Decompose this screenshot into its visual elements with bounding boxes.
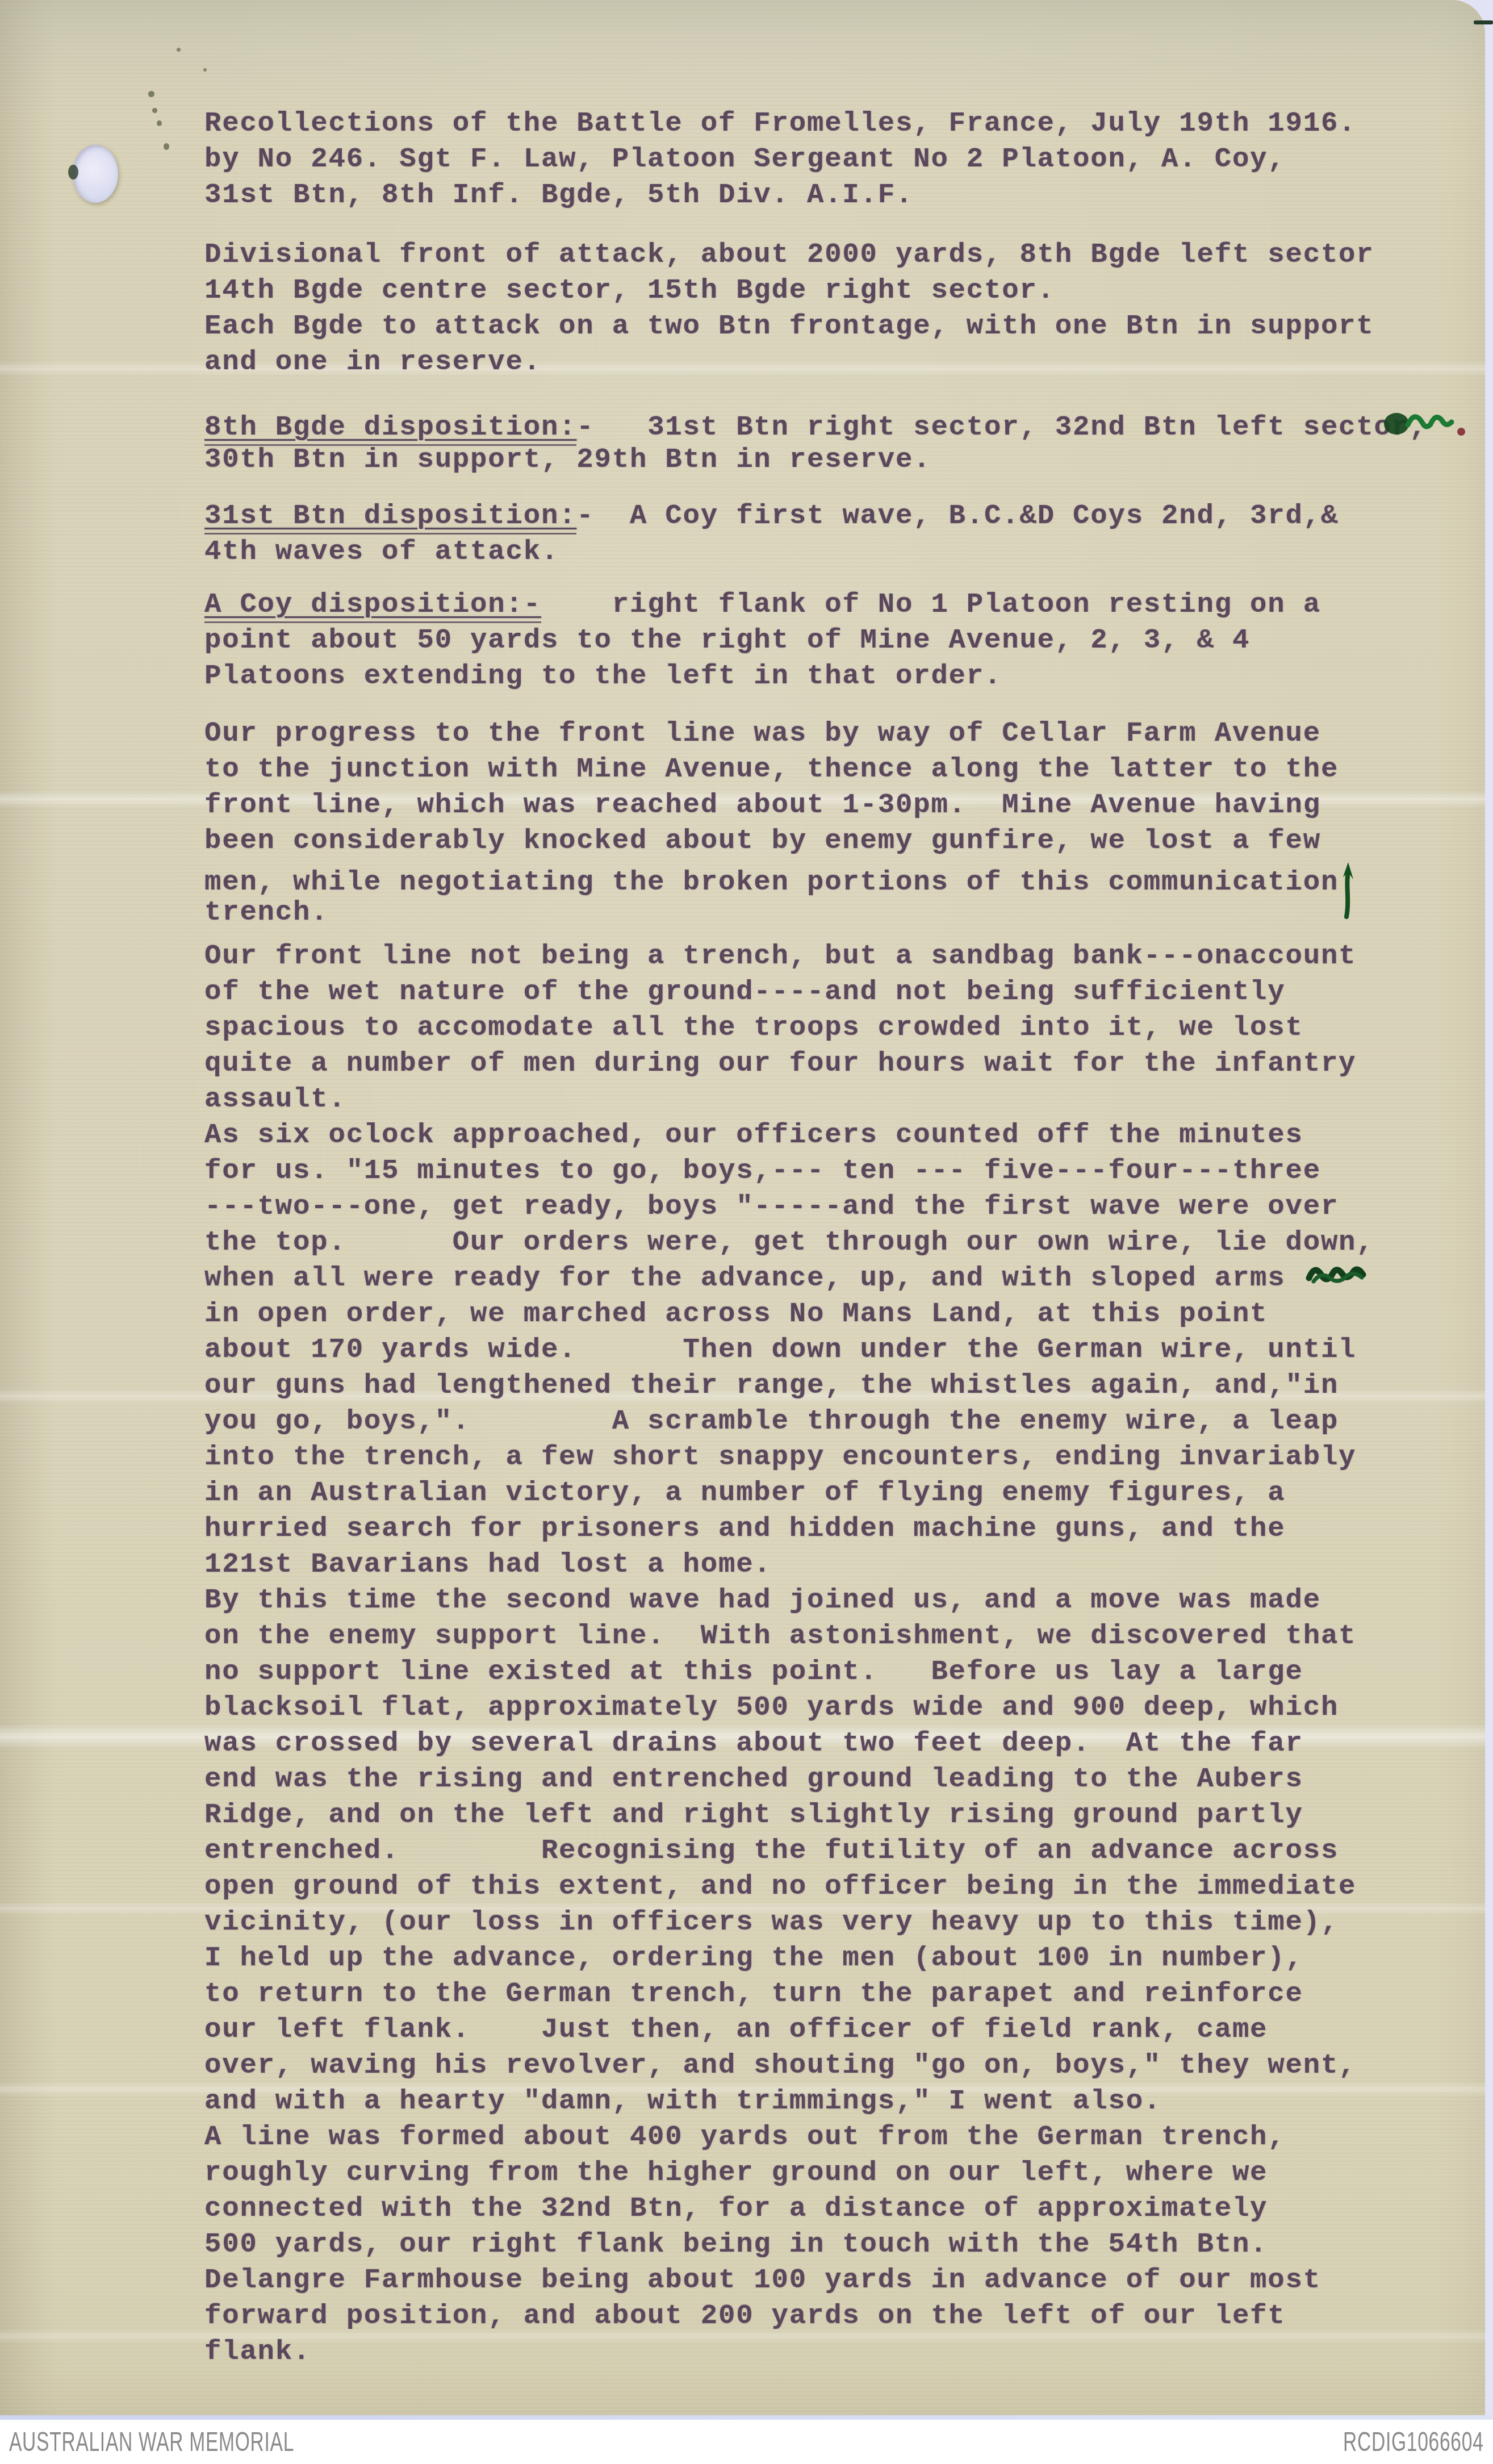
typed-text: point about 50 yards to the right of Min… <box>204 624 1250 656</box>
typed-text: on the enemy support line. With astonish… <box>204 1620 1356 1652</box>
typed-text: - A Coy first wave, B.C.&D Coys 2nd, 3rd… <box>576 500 1339 532</box>
typed-text: when all were ready for the advance, up,… <box>204 1262 1303 1294</box>
typed-text: Our progress to the front line was by wa… <box>204 717 1321 749</box>
document-line: Delangre Farmhouse being about 100 yards… <box>204 2262 1462 2298</box>
document-line: assault. <box>204 1081 1462 1117</box>
scanned-page: Recollections of the Battle of Fromelles… <box>0 0 1493 2464</box>
document-line: 31st Btn disposition:- A Coy first wave,… <box>204 498 1462 534</box>
paragraph-main-narrative: Our front line not being a trench, but a… <box>204 938 1462 2370</box>
paper-sheet: Recollections of the Battle of Fromelles… <box>0 0 1485 2416</box>
document-line: into the trench, a few short snappy enco… <box>204 1439 1462 1475</box>
typed-text: our guns had lengthened their range, the… <box>204 1369 1339 1401</box>
typed-text: By this time the second wave had joined … <box>204 1584 1321 1616</box>
document-line: you go, boys,". A scramble through the e… <box>204 1404 1462 1439</box>
document-line: no support line existed at this point. B… <box>204 1654 1462 1690</box>
typed-text: 4th waves of attack. <box>204 536 559 567</box>
document-line: by No 246. Sgt F. Law, Platoon Sergeant … <box>204 141 1462 177</box>
typed-text: Platoons extending to the left in that o… <box>204 660 1002 692</box>
document-line: ---two---one, get ready, boys "-----and … <box>204 1189 1462 1225</box>
document-line: connected with the 32nd Btn, for a dista… <box>204 2191 1462 2227</box>
typed-text: end was the rising and entrenched ground… <box>204 1763 1303 1795</box>
typed-text: As six oclock approached, our officers c… <box>204 1119 1303 1151</box>
paragraph-our-progress: Our progress to the front line was by wa… <box>204 716 1462 930</box>
document-line: about 170 yards wide. Then down under th… <box>204 1332 1462 1368</box>
document-line: end was the rising and entrenched ground… <box>204 1761 1462 1797</box>
typed-text: vicinity, (our loss in officers was very… <box>204 1906 1339 1938</box>
document-line: and one in reserve. <box>204 344 1462 380</box>
document-line: trench. <box>204 895 1462 930</box>
typed-text: and one in reserve. <box>204 346 541 378</box>
typed-text: about 170 yards wide. Then down under th… <box>204 1334 1356 1365</box>
document-line: in open order, we marched across No Mans… <box>204 1296 1462 1332</box>
document-line: on the enemy support line. With astonish… <box>204 1618 1462 1654</box>
document-line: 14th Bgde centre sector, 15th Bgde right… <box>204 273 1462 308</box>
typed-text: for us. "15 minutes to go, boys,--- ten … <box>204 1155 1321 1187</box>
typed-text: right flank of No 1 Platoon resting on a <box>541 588 1321 620</box>
typed-text: been considerably knocked about by enemy… <box>204 825 1321 857</box>
document-line: the top. Our orders were, get through ou… <box>204 1225 1462 1260</box>
typed-text: to the junction with Mine Avenue, thence… <box>204 753 1339 785</box>
typed-text: and with a hearty "damn, with trimmings,… <box>204 2085 1161 2117</box>
typed-text: roughly curving from the higher ground o… <box>204 2157 1268 2189</box>
typed-text: Our front line not being a trench, but a… <box>204 940 1356 972</box>
typed-text: spacious to accomodate all the troops cr… <box>204 1012 1303 1043</box>
document-line: hurried search for prisoners and hidden … <box>204 1511 1462 1547</box>
document-line: flank. <box>204 2334 1462 2370</box>
document-line: Platoons extending to the left in that o… <box>204 658 1462 694</box>
typed-text: was crossed by several drains about two … <box>204 1727 1303 1759</box>
document-line: Divisional front of attack, about 2000 y… <box>204 237 1462 273</box>
typed-text: assault. <box>204 1083 346 1115</box>
document-line: blacksoil flat, approximately 500 yards … <box>204 1690 1462 1726</box>
document-line: over, waving his revolver, and shouting … <box>204 2048 1462 2083</box>
underlined-heading: 8th Bgde disposition: <box>204 411 576 446</box>
document-line: Ridge, and on the left and right slightl… <box>204 1797 1462 1833</box>
footer-bar: AUSTRALIAN WAR MEMORIAL RCDIG1066604 <box>0 2420 1493 2464</box>
typed-text: Recollections of the Battle of Fromelles… <box>204 107 1356 139</box>
green-pen-arrow-icon <box>1336 859 1360 922</box>
document-line: point about 50 yards to the right of Min… <box>204 623 1462 658</box>
document-line: Our progress to the front line was by wa… <box>204 716 1462 751</box>
document-line: Our front line not being a trench, but a… <box>204 938 1462 974</box>
document-line: and with a hearty "damn, with trimmings,… <box>204 2083 1462 2119</box>
document-line: vicinity, (our loss in officers was very… <box>204 1905 1462 1940</box>
document-line: in an Australian victory, a number of fl… <box>204 1475 1462 1511</box>
document-line: By this time the second wave had joined … <box>204 1582 1462 1618</box>
typed-text: of the wet nature of the ground----and n… <box>204 976 1286 1008</box>
document-line: our left flank. Just then, an officer of… <box>204 2012 1462 2048</box>
typed-text: connected with the 32nd Btn, for a dista… <box>204 2192 1268 2224</box>
document-line: 31st Btn, 8th Inf. Bgde, 5th Div. A.I.F. <box>204 177 1462 213</box>
section-a-coy-disposition: A Coy disposition:- right flank of No 1 … <box>204 587 1462 694</box>
typed-text: no support line existed at this point. B… <box>204 1656 1303 1688</box>
document-line: 500 yards, our right flank being in touc… <box>204 2227 1462 2262</box>
document-line: A line was formed about 400 yards out fr… <box>204 2119 1462 2155</box>
typed-text: Delangre Farmhouse being about 100 yards… <box>204 2264 1321 2296</box>
typed-text: open ground of this extent, and no offic… <box>204 1870 1356 1902</box>
typed-text: Divisional front of attack, about 2000 y… <box>204 239 1374 270</box>
typed-text: A line was formed about 400 yards out fr… <box>204 2121 1286 2153</box>
document-line: to return to the German trench, turn the… <box>204 1976 1462 2012</box>
typed-text: 30th Btn in support, 29th Btn in reserve… <box>204 444 931 475</box>
typed-text: entrenched. Recognising the futility of … <box>204 1835 1339 1866</box>
typed-text: 121st Bavarians had lost a home. <box>204 1548 772 1580</box>
footer-archive-name: AUSTRALIAN WAR MEMORIAL <box>9 2427 294 2458</box>
document-line: roughly curving from the higher ground o… <box>204 2155 1462 2191</box>
document-line: Recollections of the Battle of Fromelles… <box>204 106 1462 141</box>
typed-text: over, waving his revolver, and shouting … <box>204 2049 1356 2081</box>
typed-text: quite a number of men during our four ho… <box>204 1047 1356 1079</box>
green-pen-scrawl-icon <box>1306 1260 1375 1290</box>
document-line: for us. "15 minutes to go, boys,--- ten … <box>204 1153 1462 1189</box>
typed-text: the top. Our orders were, get through ou… <box>204 1226 1374 1258</box>
underlined-heading: A Coy disposition:- <box>204 588 541 623</box>
header: Recollections of the Battle of Fromelles… <box>204 106 1462 213</box>
document-line: spacious to accomodate all the troops cr… <box>204 1010 1462 1046</box>
typed-text: flank. <box>204 2336 311 2367</box>
typed-text: 14th Bgde centre sector, 15th Bgde right… <box>204 274 1055 306</box>
document-line: was crossed by several drains about two … <box>204 1726 1462 1761</box>
scan-edge-line <box>0 2415 1493 2420</box>
footer-record-id: RCDIG1066604 <box>1344 2427 1484 2458</box>
typed-text: to return to the German trench, turn the… <box>204 1978 1303 2010</box>
typed-text: into the trench, a few short snappy enco… <box>204 1441 1356 1473</box>
document-line: 121st Bavarians had lost a home. <box>204 1547 1462 1582</box>
document-line: entrenched. Recognising the futility of … <box>204 1833 1462 1869</box>
typed-text: I held up the advance, ordering the men … <box>204 1942 1303 1974</box>
pen-mark-top-right <box>1474 20 1493 24</box>
document-line: open ground of this extent, and no offic… <box>204 1869 1462 1905</box>
document-line: forward position, and about 200 yards on… <box>204 2298 1462 2334</box>
document-line: 4th waves of attack. <box>204 534 1462 570</box>
typed-text: trench. <box>204 896 328 928</box>
document-line: to the junction with Mine Avenue, thence… <box>204 751 1462 787</box>
document-line: of the wet nature of the ground----and n… <box>204 974 1462 1010</box>
document-line: 8th Bgde disposition:- 31st Btn right se… <box>204 406 1462 442</box>
green-pen-scribble-icon <box>1382 406 1468 441</box>
typed-text: forward position, and about 200 yards on… <box>204 2300 1286 2332</box>
document-line: 30th Btn in support, 29th Btn in reserve… <box>204 442 1462 478</box>
typed-text: our left flank. Just then, an officer of… <box>204 2014 1268 2045</box>
typed-text: hurried search for prisoners and hidden … <box>204 1513 1286 1544</box>
typed-text: ---two---one, get ready, boys "-----and … <box>204 1191 1339 1222</box>
document-line: As six oclock approached, our officers c… <box>204 1117 1462 1153</box>
document-line: been considerably knocked about by enemy… <box>204 823 1462 859</box>
typed-text: you go, boys,". A scramble through the e… <box>204 1405 1339 1437</box>
typed-text: in an Australian victory, a number of fl… <box>204 1477 1286 1509</box>
typed-text: blacksoil flat, approximately 500 yards … <box>204 1692 1339 1723</box>
document-line: A Coy disposition:- right flank of No 1 … <box>204 587 1462 623</box>
document-line: our guns had lengthened their range, the… <box>204 1368 1462 1404</box>
typed-text: 500 yards, our right flank being in touc… <box>204 2228 1268 2260</box>
document-line: men, while negotiating the broken portio… <box>204 859 1462 895</box>
section-31st-btn-disposition: 31st Btn disposition:- A Coy first wave,… <box>204 498 1462 570</box>
document-line: Each Bgde to attack on a two Btn frontag… <box>204 308 1462 344</box>
document-text: Recollections of the Battle of Fromelles… <box>0 0 1485 2370</box>
section-8th-bgde-disposition: 8th Bgde disposition:- 31st Btn right se… <box>204 406 1462 478</box>
typed-text: - 31st Btn right sector, 32nd Btn left s… <box>576 411 1427 443</box>
typed-text: front line, which was reached about 1-30… <box>204 789 1321 821</box>
document-line: quite a number of men during our four ho… <box>204 1046 1462 1081</box>
typed-text: 31st Btn, 8th Inf. Bgde, 5th Div. A.I.F. <box>204 179 913 211</box>
typed-text: Each Bgde to attack on a two Btn frontag… <box>204 310 1374 342</box>
document-line: when all were ready for the advance, up,… <box>204 1260 1462 1296</box>
underlined-heading: 31st Btn disposition: <box>204 500 576 534</box>
typed-text: Ridge, and on the left and right slightl… <box>204 1799 1303 1831</box>
typed-text: men, while negotiating the broken portio… <box>204 866 1339 898</box>
document-line: front line, which was reached about 1-30… <box>204 787 1462 823</box>
typed-text: in open order, we marched across No Mans… <box>204 1298 1268 1330</box>
typed-text: by No 246. Sgt F. Law, Platoon Sergeant … <box>204 143 1286 175</box>
document-line: I held up the advance, ordering the men … <box>204 1940 1462 1976</box>
paragraph-divisional-front: Divisional front of attack, about 2000 y… <box>204 237 1462 380</box>
